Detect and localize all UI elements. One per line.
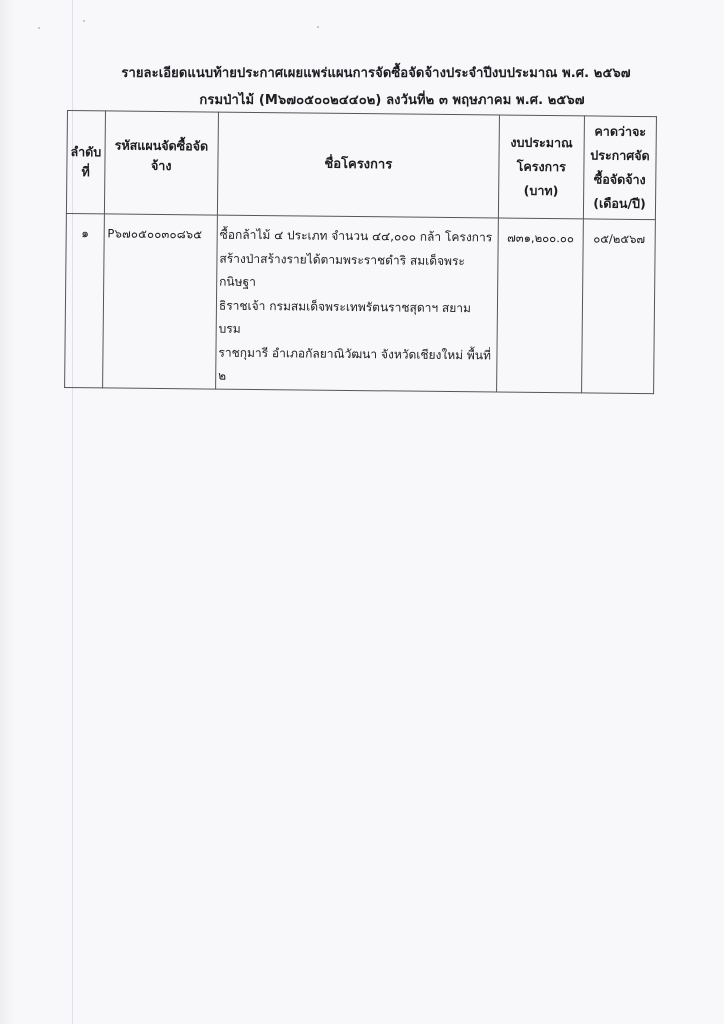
table-header-row: ลำดับ ที่ รหัสแผนจัดซื้อจัด จ้าง ชื่อโคร… bbox=[66, 111, 656, 220]
project-name-line: สร้างป่าสร้างรายได้ตามพระราชดำริ สมเด็จพ… bbox=[219, 247, 493, 297]
project-name-line: ๒ bbox=[218, 365, 492, 391]
header-line: ประกาศจัด bbox=[584, 143, 655, 168]
header-line: รหัสแผนจัดซื้อจัด bbox=[105, 135, 217, 156]
header-line: ลำดับ bbox=[67, 142, 104, 162]
document-title: รายละเอียดแนบท้ายประกาศเผยแพร่แผนการจัดซ… bbox=[14, 62, 724, 83]
project-name-line: ราชกุมารี อำเภอกัลยาณิวัฒนา จังหวัดเชียง… bbox=[218, 341, 492, 367]
header-plan-code: รหัสแผนจัดซื้อจัด จ้าง bbox=[104, 111, 218, 215]
project-name-line: ธิราชเจ้า กรมสมเด็จพระเทพรัตนราชสุดาฯ สย… bbox=[219, 294, 493, 344]
cell-budget: ๗๓๑,๒๐๐.๐๐ bbox=[496, 218, 583, 392]
header-project-name: ชื่อโครงการ bbox=[217, 112, 499, 218]
table-row: ๑ P๖๗๐๕๐๐๓๐๘๖๕ ซื้อกล้าไม้ ๔ ประเภท จำนว… bbox=[65, 213, 656, 393]
cell-plan-code: P๖๗๐๕๐๐๓๐๘๖๕ bbox=[102, 214, 217, 389]
header-expected-date: คาดว่าจะ ประกาศจัด ซื้อจัดจ้าง (เดือน/ปี… bbox=[583, 116, 656, 220]
header-line: งบประมาณ bbox=[499, 131, 583, 156]
cell-expected-date: ๐๕/๒๕๖๗ bbox=[582, 219, 656, 393]
header-line: (บาท) bbox=[499, 179, 583, 204]
scan-speck bbox=[317, 26, 319, 28]
cell-project-name: ซื้อกล้าไม้ ๔ ประเภท จำนวน ๔๔,๐๐๐ กล้า โ… bbox=[216, 215, 499, 391]
cell-sequence: ๑ bbox=[65, 213, 105, 387]
procurement-plan-table: ลำดับ ที่ รหัสแผนจัดซื้อจัด จ้าง ชื่อโคร… bbox=[64, 110, 657, 394]
document-subtitle: กรมป่าไม้ (M๖๗๐๕๐๐๒๔๔๐๒) ลงวันที่๒ ๓ พฤษ… bbox=[30, 89, 724, 110]
scan-edge-shadow bbox=[0, 0, 14, 1024]
header-line: คาดว่าจะ bbox=[585, 119, 656, 144]
header-line: ซื้อจัดจ้าง bbox=[584, 167, 655, 192]
project-name-line: ซื้อกล้าไม้ ๔ ประเภท จำนวน ๔๔,๐๐๐ กล้า โ… bbox=[220, 224, 494, 250]
header-line: (เดือน/ปี) bbox=[584, 191, 655, 216]
header-budget: งบประมาณ โครงการ (บาท) bbox=[498, 115, 584, 219]
header-line: ที่ bbox=[67, 162, 104, 182]
header-line: จ้าง bbox=[105, 155, 217, 176]
scan-speck bbox=[83, 20, 85, 22]
header-line: โครงการ bbox=[499, 155, 583, 180]
scan-speck bbox=[38, 27, 40, 29]
header-sequence: ลำดับ ที่ bbox=[66, 111, 105, 214]
